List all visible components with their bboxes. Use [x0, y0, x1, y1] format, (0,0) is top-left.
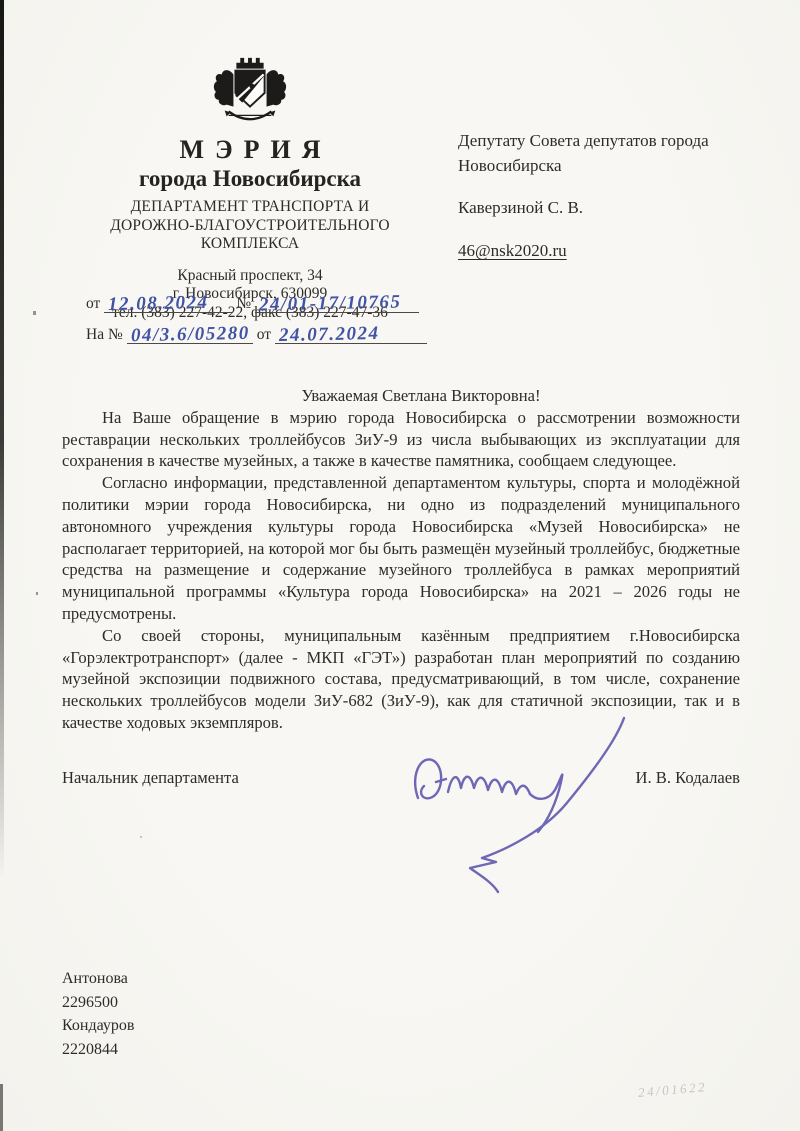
org-subtitle: города Новосибирска: [40, 166, 460, 192]
addressee-line: Новосибирска: [458, 153, 758, 178]
scan-edge-artifact: [0, 0, 4, 880]
letterhead: МЭРИЯ города Новосибирска ДЕПАРТАМЕНТ ТР…: [40, 54, 460, 322]
outgoing-number-label: №: [236, 295, 251, 312]
handwritten-signature-icon: [398, 712, 638, 897]
salutation: Уважаемая Светлана Викторовна!: [62, 385, 740, 407]
scan-edge-artifact-bottom: [0, 1084, 3, 1131]
addressee-block: Депутату Совета депутатов города Новосиб…: [458, 128, 758, 263]
handwritten-outgoing-date: 12.08.2024: [108, 292, 209, 316]
outgoing-number-field: 24/01-17/10765: [255, 292, 419, 313]
org-title: МЭРИЯ: [40, 136, 460, 163]
reference-block: от12.08.2024№24/01-17/10765 На №04/3.6/0…: [86, 292, 458, 354]
signer-position-title: Начальник департамента: [62, 768, 239, 788]
handwritten-incoming-date: 24.07.2024: [279, 323, 380, 347]
handwritten-incoming-number: 04/3.6/05280: [131, 323, 250, 347]
outgoing-date-field: 12.08.2024: [104, 292, 232, 313]
incoming-number-label: На №: [86, 326, 123, 343]
addressee-line: Депутату Совета депутатов города: [458, 128, 758, 153]
department-line: КОМПЛЕКСА: [40, 235, 460, 254]
scan-speck: [140, 836, 142, 838]
contact-phone: 2296500: [62, 991, 134, 1015]
pencil-corner-note: 24/01622: [637, 1079, 707, 1101]
incoming-number-field: 04/3.6/05280: [127, 323, 253, 344]
outgoing-date-label: от: [86, 295, 100, 312]
address-street: Красный проспект, 34: [40, 267, 460, 286]
body-paragraph: Согласно информации, представленной депа…: [62, 472, 740, 625]
novosibirsk-coat-of-arms-icon: [202, 54, 298, 128]
body-paragraph: На Ваше обращение в мэрию города Новосиб…: [62, 407, 740, 472]
scan-speck: [33, 311, 36, 315]
contact-phone: 2220844: [62, 1038, 134, 1062]
addressee-email: 46@nsk2020.ru: [458, 238, 758, 263]
contact-name: Кондауров: [62, 1014, 134, 1038]
scanned-letter-page: МЭРИЯ города Новосибирска ДЕПАРТАМЕНТ ТР…: [0, 0, 800, 1131]
executor-contacts: Антонова 2296500 Кондауров 2220844: [62, 967, 134, 1061]
incoming-date-field: 24.07.2024: [275, 323, 427, 344]
addressee-name: Каверзиной С. В.: [458, 195, 758, 220]
contact-name: Антонова: [62, 967, 134, 991]
handwritten-outgoing-number: 24/01-17/10765: [259, 292, 402, 317]
signer-name: И. В. Кодалаев: [635, 768, 740, 788]
department-line: ДОРОЖНО-БЛАГОУСТРОИТЕЛЬНОГО: [40, 217, 460, 236]
department-line: ДЕПАРТАМЕНТ ТРАНСПОРТА И: [40, 198, 460, 217]
letter-body: Уважаемая Светлана Викторовна! На Ваше о…: [62, 385, 740, 734]
incoming-date-label: от: [257, 326, 271, 343]
scan-speck: [36, 592, 38, 595]
